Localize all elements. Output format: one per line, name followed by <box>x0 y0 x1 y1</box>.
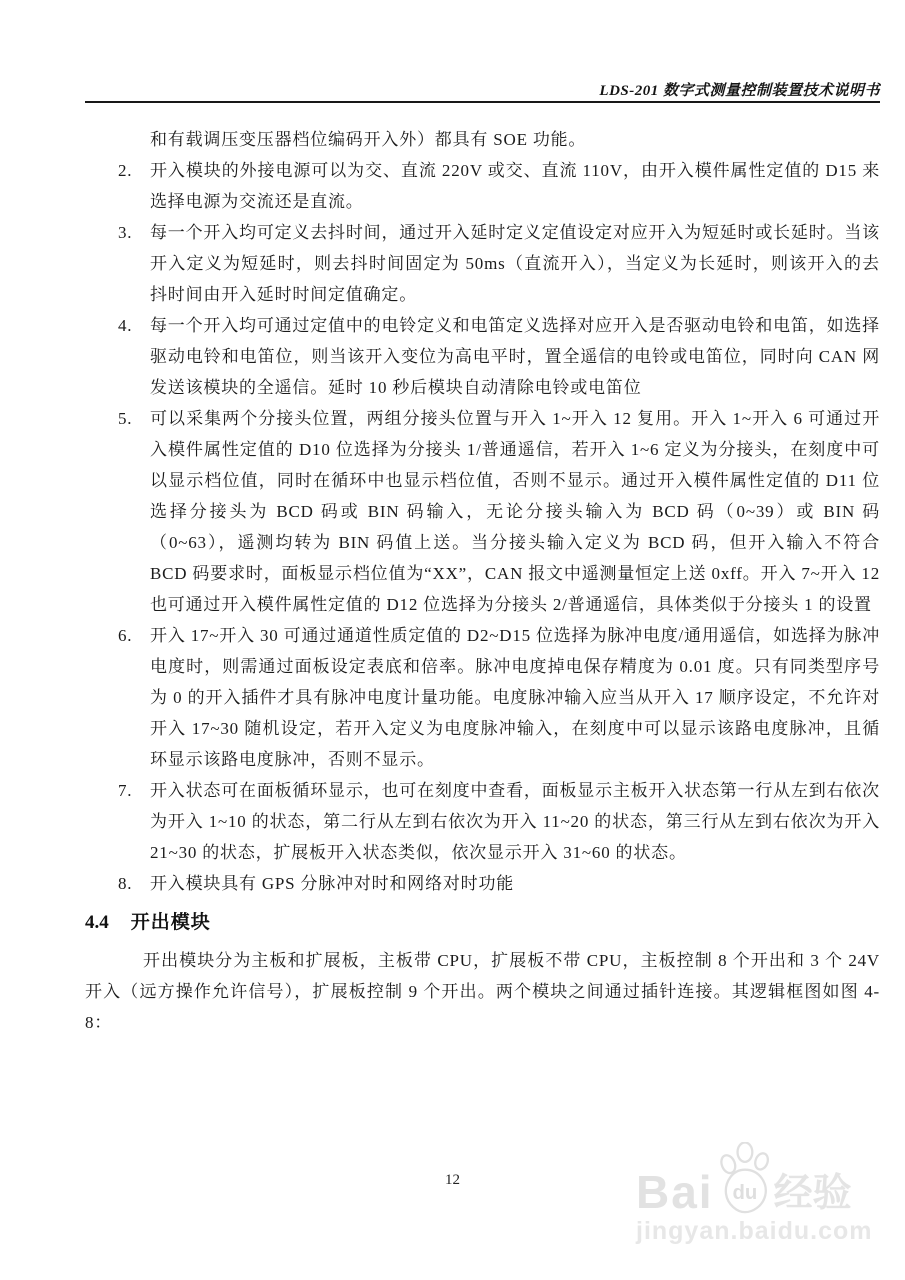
item-text: 可以采集两个分接头位置，两组分接头位置与开入 1~开入 12 复用。开入 1~开… <box>150 403 880 620</box>
watermark-jingyan-text: 经验 <box>774 1175 852 1212</box>
list-item: 3. 每一个开入均可定义去抖时间，通过开入延时定义定值设定对应开入为短延时或长延… <box>85 217 880 310</box>
item-number: 7. <box>85 775 150 868</box>
item-text: 开入模块的外接电源可以为交、直流 220V 或交、直流 110V，由开入模件属性… <box>150 155 880 217</box>
watermark-logo-row: Bai du 经验 <box>636 1142 861 1212</box>
list-item: 8. 开入模块具有 GPS 分脉冲对时和网络对时功能 <box>85 868 880 899</box>
item-number: 3. <box>85 217 150 310</box>
paw-du-text: du <box>732 1182 757 1204</box>
header-title: LDS-201 数字式测量控制装置技术说明书 <box>599 79 880 100</box>
item-text: 开入状态可在面板循环显示，也可在刻度中查看，面板显示主板开入状态第一行从左到右依… <box>150 775 880 868</box>
body-paragraph: 开出模块分为主板和扩展板，主板带 CPU，扩展板不带 CPU，主板控制 8 个开… <box>85 945 880 1038</box>
item-number: 8. <box>85 868 150 899</box>
list-item: 6. 开入 17~开入 30 可通过通道性质定值的 D2~D15 位选择为脉冲电… <box>85 620 880 775</box>
page-content: 和有载调压变压器档位编码开入外）都具有 SOE 功能。 2. 开入模块的外接电源… <box>85 124 880 1038</box>
watermark-baidu-text: Bai <box>636 1174 714 1212</box>
section-heading: 4.4开出模块 <box>85 907 880 938</box>
item-text: 开入 17~开入 30 可通过通道性质定值的 D2~D15 位选择为脉冲电度/通… <box>150 620 880 775</box>
document-page: LDS-201 数字式测量控制装置技术说明书 和有载调压变压器档位编码开入外）都… <box>0 0 905 1280</box>
section-number: 4.4 <box>85 912 109 933</box>
list-item: 2. 开入模块的外接电源可以为交、直流 220V 或交、直流 110V，由开入模… <box>85 155 880 217</box>
item-text: 每一个开入均可通过定值中的电铃定义和电笛定义选择对应开入是否驱动电铃和电笛，如选… <box>150 310 880 403</box>
item-number: 2. <box>85 155 150 217</box>
watermark-url: jingyan.baidu.com <box>636 1217 861 1246</box>
item-text: 每一个开入均可定义去抖时间，通过开入延时定义定值设定对应开入为短延时或长延时。当… <box>150 217 880 310</box>
list-item: 7. 开入状态可在面板循环显示，也可在刻度中查看，面板显示主板开入状态第一行从左… <box>85 775 880 868</box>
list-item: 4. 每一个开入均可通过定值中的电铃定义和电笛定义选择对应开入是否驱动电铃和电笛… <box>85 310 880 403</box>
continuation-text: 和有载调压变压器档位编码开入外）都具有 SOE 功能。 <box>85 124 880 155</box>
section-title: 开出模块 <box>131 912 211 933</box>
item-text: 开入模块具有 GPS 分脉冲对时和网络对时功能 <box>150 868 880 899</box>
item-number: 5. <box>85 403 150 620</box>
baidu-paw-icon: du <box>716 1142 772 1214</box>
header-rule <box>85 101 880 103</box>
item-number: 6. <box>85 620 150 775</box>
list-item: 5. 可以采集两个分接头位置，两组分接头位置与开入 1~开入 12 复用。开入 … <box>85 403 880 620</box>
baidu-jingyan-watermark: Bai du 经验 jingyan.baidu.com <box>636 1142 861 1246</box>
item-number: 4. <box>85 310 150 403</box>
numbered-list: 2. 开入模块的外接电源可以为交、直流 220V 或交、直流 110V，由开入模… <box>85 155 880 899</box>
